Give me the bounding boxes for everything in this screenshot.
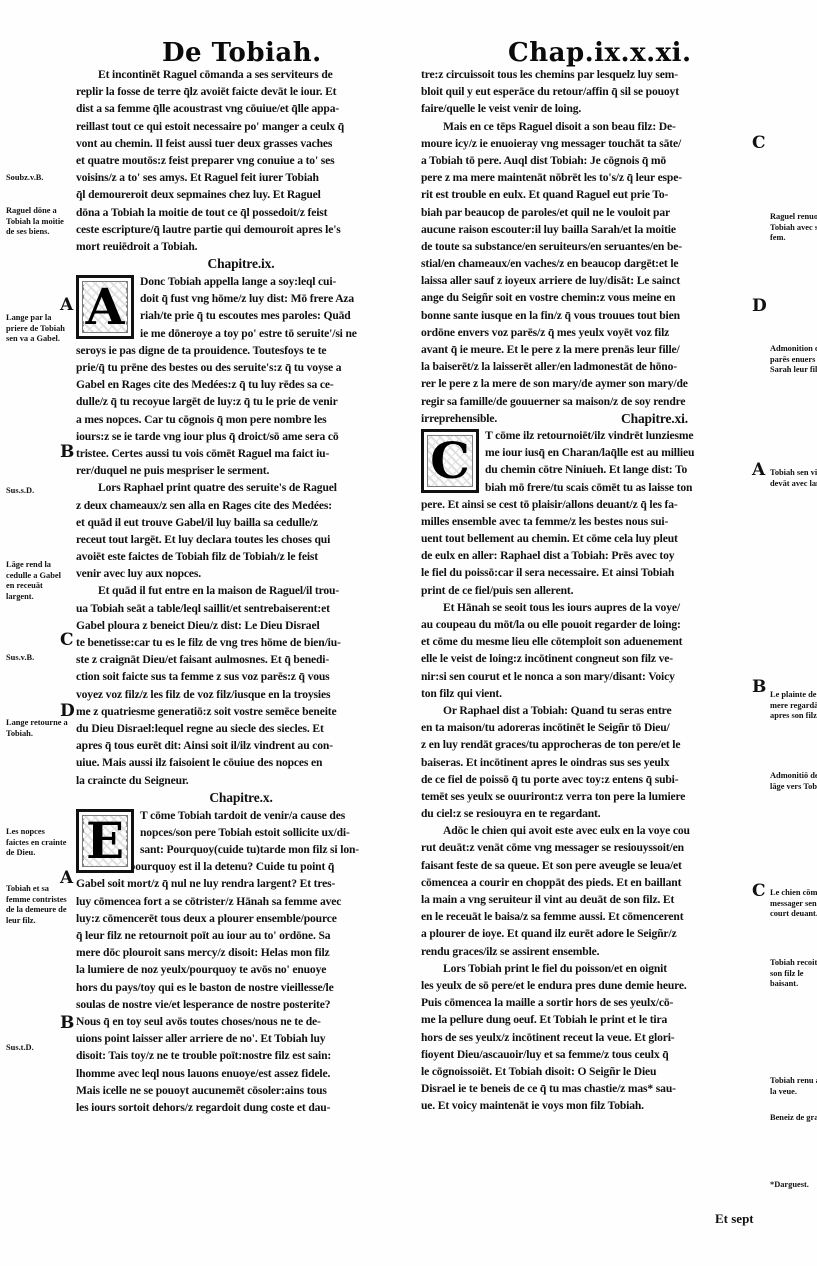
text-line: rit est trouble en eulx. Et quand Raguel… [421,186,751,203]
text-line: stial/en chameaux/en vaches/z en beaucop… [421,255,751,272]
text-line: aucune raison escouter:il luy bailla Sar… [421,221,751,238]
text-line: ordōne envers voz parēs/z q̄ mes yeulx v… [421,324,751,341]
text-line: nir:si sen courut et le nonca a son mary… [421,668,751,685]
text-line: dist a sa femme q̄lle acoustrast vng cōu… [76,100,406,117]
text-line: Mais icelle ne se pouoyt aucunemēt cōsol… [76,1082,406,1099]
text-line: ton filz qui vient. [421,685,751,702]
text-line: replir la fosse de terre q̄lz avoiēt fai… [76,83,406,100]
text-line: elle le veist de loing:z incōtinent cong… [421,650,751,667]
marginal-note: Admonitiō de lāge vers Tobiah. [770,771,817,792]
scanned-page: De Tobiah. Chap.ix.x.xi. Et incontinēt R… [0,0,817,1266]
text-line: me la pellure dung oeuf. Et Tobiah le pr… [421,1011,751,1028]
decorated-initial: A [76,275,134,339]
text-line: dulle/z q̄ tu recoyue largēt de luy:z q̄… [76,393,406,410]
text-line: a mes nopces. Car tu cōgnois q̄ mon pere… [76,411,406,428]
initial-letter: C [428,436,472,486]
text-line: Donc Tobiah appella lange a soy:leql cui… [140,273,406,290]
text-line: voisins/z a to' ses amys. Et Raguel feit… [76,169,406,186]
text-line: te benetisse:car tu es le filz de vng tr… [76,634,406,651]
text-line: doit q̄ fust vng hōme/z luy dist: Mō fre… [140,290,406,307]
running-head-left: De Tobiah. [162,38,322,68]
marginal-note: Sus.s.D. [6,486,68,497]
text-line: apres q̄ tous eurēt dit: Ainsi soit il/i… [76,737,406,754]
text-line: T cōme ilz retournoiēt/ilz vindrēt lunzi… [485,427,751,444]
marginal-note: Le plainte de la mere regardāt apres son… [770,690,817,722]
text-line: rendu graces/ilz se assirent ensemble. [421,943,751,960]
decorated-initial: E [76,809,134,873]
text-line: voyez voz filz/z les filz de voz filz/iu… [76,686,406,703]
marginal-note: Lange retourne a Tobiah. [6,718,68,739]
text-line: lhomme avec leql nous lauons enuoye/est … [76,1065,406,1082]
text-line: luy cōmencea fort a se cōtrister/z Hānah… [76,893,406,910]
text-line: z deux chameaux/z sen alla en Rages cite… [76,497,406,514]
text-line: pere z ma mere maintenāt nōbrēt les to's… [421,169,751,186]
text-line: q̄ leur filz ne retournoit poīt au iour … [76,927,406,944]
chapter-heading: Chapitre.ix. [76,255,406,273]
text-line: avant q̄ ie meure. Et le pere z la mere … [421,341,751,358]
drop-cap-block: CT cōme ilz retournoiēt/ilz vindrēt lunz… [421,427,751,496]
marginal-note: Les nopces faictes en crainte de Dieu. [6,827,68,859]
margin-section-letter: C [60,630,74,650]
chapter-heading: Chapitre.xi. [621,410,688,427]
margin-section-letter: C [752,881,766,901]
text-line: et quād il eut trouve Gabel/il luy baill… [76,514,406,531]
text-line: tre:z circuissoit tous les chemins par l… [421,66,751,83]
text-line: les yeulx de sō pere/et le endura pres d… [421,977,751,994]
margin-section-letter: A [60,868,73,888]
marginal-note: Lange par la priere de Tobiah sen va a G… [6,313,68,345]
text-line: de toute sa substance/en seruiteurs/en s… [421,238,751,255]
text-line: tristee. Certes aussi tu vois cōmēt Ragu… [76,445,406,462]
text-line: Gabel en Rages cite des Medées:z q̄ tu l… [76,376,406,393]
margin-section-letter: A [60,295,73,315]
text-line: mort reuiēdroit a Tobiah. [76,238,406,255]
text-line: venir avec luy aux nopces. [76,565,406,582]
text-line: Gabel ploura z beneict Dieu/z dist: Le D… [76,617,406,634]
text-line: prie/q̄ tu prēne des bestes ou des serui… [76,359,406,376]
text-line: faisant feste de sa queue. Et son pere a… [421,857,751,874]
text-line: print de ce fiel/puis sen allerent. [421,582,751,599]
margin-section-letter: C [752,133,766,153]
text-line: hors du pays/toy qui es le baston de nos… [76,979,406,996]
drop-cap-block: ADonc Tobiah appella lange a soy:leql cu… [76,273,406,342]
text-line: reillast tout ce qui estoit necessaire p… [76,118,406,135]
text-line: laissa aller sauf z ioyeux arriere de lu… [421,272,751,289]
text-line: irreprehensible. [421,410,751,427]
marginal-note: Admonition des parēs enuers Sarah leur f… [770,344,817,376]
marginal-note: Sus.v.B. [6,653,68,664]
text-line: Or Raphael dist a Tobiah: Quand tu seras… [421,702,751,719]
text-line: les iours sortoit dehors/z regardoit dun… [76,1099,406,1116]
marginal-note: Lāge rend la cedulle a Gabel en receuāt … [6,560,68,602]
text-line: disoit: Tais toy/z ne te trouble poīt:no… [76,1047,406,1064]
marginal-note: Soubz.v.B. [6,173,68,184]
text-line: T cōme Tobiah tardoit de venir/a cause d… [140,807,406,824]
text-line: du ciel:z se resiouyra en te regardant. [421,805,751,822]
text-line: ua Tobiah seāt a table/leql saillit/et s… [76,600,406,617]
text-line: iours:z se ie tarde vng iour plus q̄ dro… [76,428,406,445]
text-line: Et quād il fut entre en la maison de Rag… [76,582,406,599]
marginal-note: Raguel dōne a Tobiah la moitie de ses bi… [6,206,68,238]
text-line: Et incontinēt Raguel cōmanda a ses servi… [76,66,406,83]
text-line: la baiserēt/z la laisserēt aller/en ladm… [421,358,751,375]
text-line: uent tout bellement au chemin. Et cōme c… [421,530,751,547]
margin-section-letter: D [60,701,75,721]
text-line: ste z craignāt Dieu/et faisant aulmosnes… [76,651,406,668]
text-line: dōna a Tobiah la moitie de tout ce q̄l p… [76,204,406,221]
marginal-note: Beneiz de grace. [770,1113,817,1124]
decorated-initial: C [421,429,479,493]
text-line: la lumiere de noz yeulx/pourquoy te avōs… [76,961,406,978]
marginal-note: *Darguest. [770,1180,817,1191]
text-line: biah par beaucop de paroles/et quil ne l… [421,204,751,221]
text-line: a Tobiah tō pere. Auql dist Tobiah: Je c… [421,152,751,169]
text-line: bonne sante iusque en la fin/z q̄ vous t… [421,307,751,324]
text-line: seroys ie pas digne de ta prouidence. To… [76,342,406,359]
margin-section-letter: A [752,460,765,480]
text-line: cōmencea a courir en choppāt des pieds. … [421,874,751,891]
text-line: soulas de nostre vie/et lesperance de no… [76,996,406,1013]
text-line: rer le pere z la mere de son mary/de aym… [421,375,751,392]
text-line: mere dōc plouroit sans mercy/z disoit: H… [76,944,406,961]
text-line: ction soit faicte sus ta femme z sus voz… [76,668,406,685]
margin-section-letter: D [752,296,767,316]
text-line: temēt ses yeulx se ouuriront:z verra ton… [421,788,751,805]
text-line: en le receuāt le baisa/z sa femme aussi.… [421,908,751,925]
text-line: la main a vng seruiteur il vint au deuāt… [421,891,751,908]
text-line: vont au chemin. Il feist aussi tuer deux… [76,135,406,152]
text-line: Gabel soit mort/z q̄ nul ne luy rendra l… [76,875,406,892]
drop-cap-block: ET cōme Tobiah tardoit de venir/a cause … [76,807,406,859]
text-line: Lors Raphael print quatre des seruite's … [76,479,406,496]
text-line: uiue. Mais aussi ilz faisoient le cōuiue… [76,754,406,771]
text-line: ie me dōneroye a toy po' estre tō seruit… [140,325,406,342]
marginal-note: Tobiah et sa femme contristes de la deme… [6,884,68,926]
text-line: q̄l demoureroit deux sepmaines chez luy.… [76,186,406,203]
text-line: et cōme du mesme lieu elle cōtemploit so… [421,633,751,650]
text-line: ange du Seigñr soit en vostre chemin:z v… [421,289,751,306]
marginal-note: Le chien cōme messager sen court deuant. [770,888,817,920]
text-line: sant: Pourquoy(cuide tu)tarde mon filz s… [140,841,406,858]
margin-section-letter: B [752,677,766,697]
marginal-note: Tobiah sen vient devāt avec lange. [770,468,817,489]
text-line: faire/quelle le veist venir de loing. [421,100,751,117]
text-line: Puis cōmencea la maille a sortir hors de… [421,994,751,1011]
text-line: luy:z cōmencerēt tous deux a plourer ens… [76,910,406,927]
text-line: en ta maison/tu adoreras incōtinēt le Se… [421,719,751,736]
text-line: ceste escripture/q̄ lautre partie qui de… [76,221,406,238]
text-line: rer/duquel ne puis mespriser le serment. [76,462,406,479]
text-line: au coupeau du mōt/la ou elle pouoit rega… [421,616,751,633]
text-line: a plourer de ioye. Et quand ilz eurēt ad… [421,925,751,942]
text-line: z en luy rendāt graces/tu approcheras de… [421,736,751,753]
text-line: Nous q̄ en toy seul avōs toutes choses/n… [76,1013,406,1030]
text-line: de eulx en aller: Raphael dist a Tobiah:… [421,547,751,564]
text-line: me iour iusq̄ en Charan/laq̄lle est au m… [485,444,751,461]
text-line: fioyent Dieu/ascauoir/luy et sa femme/z … [421,1046,751,1063]
text-line: baiseras. Et incōtinent apres le oindras… [421,754,751,771]
text-line: Adōc le chien qui avoit este avec eulx e… [421,822,751,839]
text-line: la craincte du Seigneur. [76,772,406,789]
text-line: du chemin cōtre Niniueh. Et lange dist: … [485,461,751,478]
text-line: moure icy/z ie enuoieray vng messager to… [421,135,751,152]
text-line: Lors Tobiah print le fiel du poisson/et … [421,960,751,977]
text-line: uions point laisser aller arriere de no'… [76,1030,406,1047]
marginal-note: Sus.t.D. [6,1043,68,1054]
text-line: rut deuāt:z venāt cōme vng messager se r… [421,839,751,856]
marginal-note: Tobiah recoite son filz le baisant. [770,958,817,990]
text-line: biah mō frere/tu scais cōmēt tu as laiss… [485,479,751,496]
text-line: me z quatriesme generatiō:z soit vostre … [76,703,406,720]
right-column: tre:z circuissoit tous les chemins par l… [421,66,751,1114]
text-line: nopces/son pere Tobiah estoit sollicite … [140,824,406,841]
running-head-right: Chap.ix.x.xi. [508,38,692,68]
text-line: receut tout largēt. Et luy declara toute… [76,531,406,548]
initial-letter: E [84,816,126,866]
text-line: le cōgnoissoiēt. Et Tobiah disoit: O Sei… [421,1063,751,1080]
marginal-note: Tobiah renu avec la veue. [770,1076,817,1097]
text-line: Et Hānah se seoit tous les iours aupres … [421,599,751,616]
margin-section-letter: B [60,1013,74,1033]
text-line: riah/te prie q̄ tu escoutes mes paroles:… [140,307,406,324]
text-line: de ce fiel de poissō q̄ tu porte avec to… [421,771,751,788]
marginal-note: Raguel renuoye Tobiah avec sa fem. [770,212,817,244]
text-line: bloit quil y eut esperāce du retour/affi… [421,83,751,100]
initial-letter: A [84,282,127,332]
text-line: hors de ses yeulx/z incōtinent receut la… [421,1029,751,1046]
margin-section-letter: B [60,442,74,462]
text-line: Mais en ce tēps Raguel disoit a son beau… [421,118,751,135]
text-line: Disrael ie te beneis de ce q̄ tu mas cha… [421,1080,751,1097]
text-line: avoiēt este faictes de Tobiah filz de To… [76,548,406,565]
text-line: du Dieu Disrael:lequel regne au siecle d… [76,720,406,737]
text-line: regir sa famille/de gouuerner sa maison/… [421,393,751,410]
left-column: Et incontinēt Raguel cōmanda a ses servi… [76,66,406,1116]
catchword: Et sept [715,1211,754,1227]
text-line: milles ensemble avec ta femme/z les best… [421,513,751,530]
text-line: et quatre moutōs:z feist preparer vng co… [76,152,406,169]
text-line: le fiel du poissō:car il sera necessaire… [421,564,751,581]
text-line: pere. Et ainsi se cest tō plaisir/allons… [421,496,751,513]
text-line: ue. Et voicy maintenāt ie voys mon filz … [421,1097,751,1114]
chapter-heading: Chapitre.x. [76,789,406,807]
